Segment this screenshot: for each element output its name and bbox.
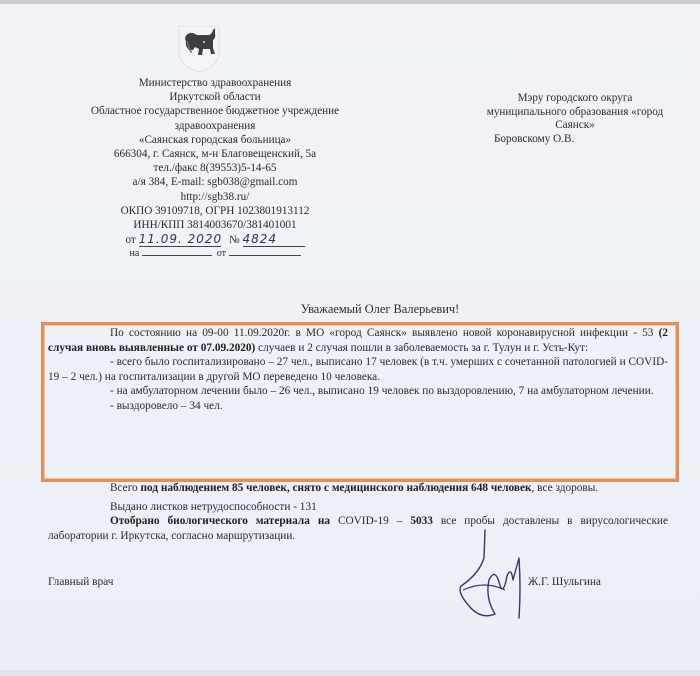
irkutsk-coat-of-arms-babr-icon [175, 22, 223, 74]
report-paragraph: - выздоровело – 34 чел. [48, 399, 668, 414]
reference-line: на от [60, 247, 370, 261]
date-number-line: от 11.09. 2020 № 4824 [60, 232, 370, 247]
text-span: , все здоровы. [532, 482, 599, 494]
bold-span: под наблюдением 85 человек, снято с меди… [141, 482, 532, 494]
addressee-block: Мэру городского округа муниципального об… [470, 92, 680, 146]
number-prefix: № [229, 234, 240, 246]
letterhead-line: 666304, г. Саянск, м-н Благовещенский, 5… [60, 147, 370, 161]
addressee-line: Саянск» [470, 119, 680, 133]
report-paragraph: Отобрано биологического материала на COV… [48, 514, 668, 543]
signatory-title: Главный врач [48, 576, 113, 588]
addressee-line: Мэру городского округа [470, 92, 680, 106]
ref-from: от [217, 248, 226, 259]
report-paragraph: Всего под наблюдением 85 человек, снято … [48, 481, 668, 496]
report-paragraph: - на амбулаторном лечении было – 26 чел.… [48, 384, 668, 399]
signatory-name: Ж.Г. Шульгина [528, 576, 601, 588]
addressee-line: Боровскому О.В. [470, 133, 680, 147]
bold-span: Отобрано биологического материала на [110, 515, 330, 527]
report-paragraph: По состоянию на 09-00 11.09.2020г. в МО … [48, 326, 668, 355]
date-prefix: от [125, 234, 135, 246]
letterhead-block: Министерство здравоохранения Иркутской о… [60, 76, 370, 262]
highlighted-report: По состоянию на 09-00 11.09.2020г. в МО … [48, 326, 668, 414]
text-span: случаев и 2 случая пошли в заболеваемост… [255, 342, 588, 354]
bottom-edge [0, 670, 700, 676]
ref-date-blank [229, 255, 301, 256]
ref-prefix: на [129, 248, 139, 259]
greeting: Уважаемый Олег Валерьевич! [0, 302, 700, 317]
report-paragraph: - всего было госпитализировано – 27 чел.… [48, 355, 668, 384]
letterhead-line: тел./факс 8(39553)5-14-65 [60, 161, 370, 175]
letterhead-line: здравоохранения [60, 119, 370, 133]
letterhead-line: http://sgb38.ru/ [60, 190, 370, 204]
report-continuation: Всего под наблюдением 85 человек, снято … [48, 481, 668, 543]
text-span: По состоянию на 09-00 11.09.2020г. в МО … [110, 327, 659, 339]
letterhead-line: Министерство здравоохранения [60, 76, 370, 90]
letterhead-line: ОКПО 39109718, ОГРН 1023801913112 [60, 204, 370, 218]
letterhead-line: «Саянская городская больница» [60, 133, 370, 147]
letter-number: 4824 [243, 232, 305, 247]
letterhead-line: ИНН/КПП 3814003670/381401001 [60, 218, 370, 232]
letter-date: 11.09. 2020 [139, 232, 221, 247]
addressee-line: муниципального образования «город [470, 106, 680, 120]
ref-blank [142, 255, 212, 256]
bold-span: 5033 [410, 515, 433, 527]
letterhead-line: Областное государственное бюджетное учре… [60, 104, 370, 118]
letterhead-line: а/я 384, E-mail: sgb038@gmail.com [60, 175, 370, 189]
text-span: COVID-19 – [330, 515, 410, 527]
report-paragraph: Выдано листков нетрудоспособности - 131 [48, 500, 668, 515]
text-span: Всего [110, 482, 141, 494]
letterhead-line: Иркутской области [60, 90, 370, 104]
